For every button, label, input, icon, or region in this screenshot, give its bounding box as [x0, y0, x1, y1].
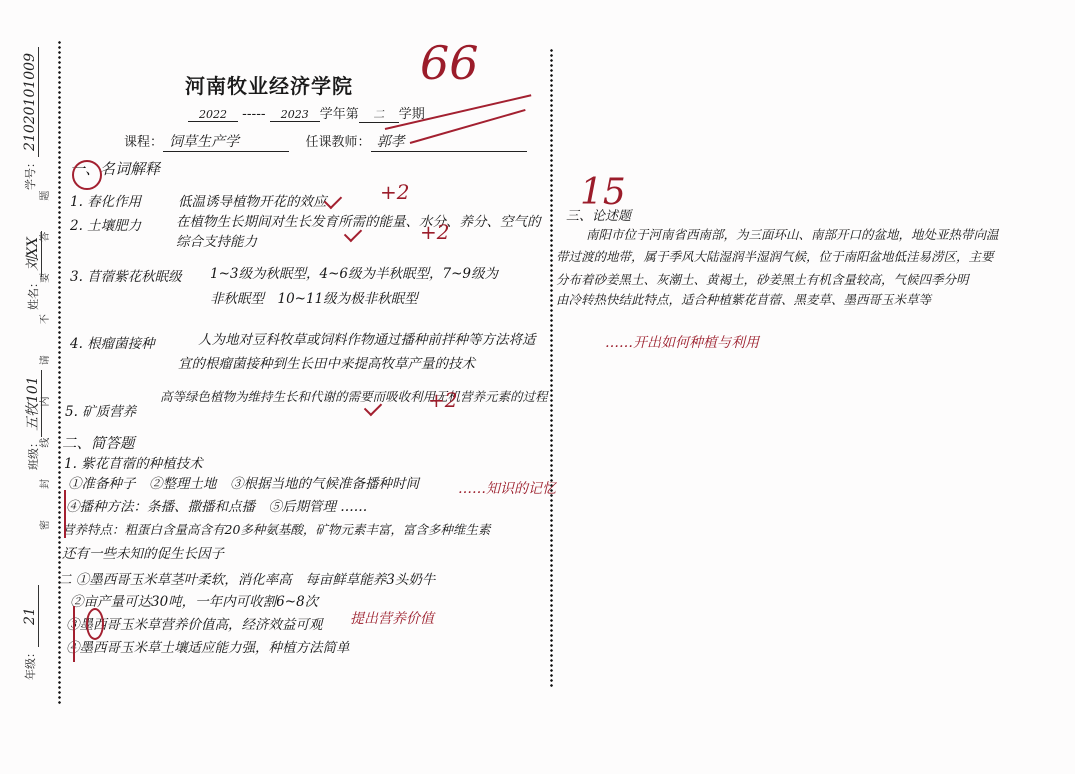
- s1-answer-4a: 人为地对豆科牧草或饲料作物通过播种前拌种等方法将适: [198, 328, 536, 348]
- s1-term-3: 3. 苜蓿紫花秋眠级: [70, 265, 182, 285]
- s2-q1-line: ①准备种子 ②整理土地 ③根据当地的气候准备播种时间: [68, 472, 419, 492]
- teacher-value: 郭孝: [371, 131, 527, 152]
- s2-q1-line: 营养特点：粗蛋白含量高含有20多种氨基酸，矿物元素丰富，富含多种维生素: [62, 520, 490, 538]
- year-end: 2023: [270, 108, 320, 122]
- academic-term: 2022 ----- 2023学年第二学期: [188, 103, 425, 123]
- score-mark: +2: [380, 180, 409, 204]
- grade-value: 21: [22, 585, 39, 647]
- grader-comment-q3: ……开出如何种植与利用: [605, 332, 759, 352]
- s1-answer-4b: 宜的根瘤菌接种到生长田中来提高牧草产量的技术: [178, 352, 475, 372]
- student-id-field: 学号：21020101009: [22, 47, 38, 190]
- section1-circle-mark: [72, 160, 102, 190]
- course-label: 课程：: [124, 135, 163, 150]
- grader-comment-q1: ……知识的记忆: [458, 478, 556, 498]
- section2-title: 二、简答题: [62, 432, 135, 453]
- s1-term-5: 5. 矿质营养: [65, 400, 136, 420]
- circle-mark: [86, 608, 104, 640]
- margin-bracket-mark: [64, 490, 66, 538]
- s1-answer-3a: 1~3级为秋眠型，4~6级为半秋眠型，7~9级为: [210, 262, 498, 282]
- s2-q2-line: ②亩产量可达30吨，一年内可收割6~8次: [70, 590, 318, 610]
- page-divider-dotted: [550, 48, 553, 688]
- student-id-value: 21020101009: [22, 47, 39, 157]
- s1-answer-2b: 综合支持能力: [176, 230, 257, 250]
- s3-line: 由冷转热快结此特点，适合种植紫花苜蓿、黑麦草、墨西哥玉米草等: [556, 290, 931, 308]
- grade-label: 年级：: [24, 647, 37, 680]
- year-start: 2022: [188, 108, 238, 122]
- year-suffix: 学年第: [320, 107, 359, 122]
- s3-line: 南阳市位于河南省西南部，为三面环山、南部开口的盆地，地处亚热带向温: [586, 225, 999, 243]
- teacher-label: 任课教师：: [306, 135, 371, 150]
- section3-title: 三、论述题: [566, 205, 631, 224]
- semester-value: 二: [359, 106, 399, 123]
- s2-q2-line: ③墨西哥玉米草营养价值高，经济效益可观: [66, 613, 323, 633]
- s1-term-1: 1. 春化作用: [70, 190, 141, 210]
- total-score: 66: [420, 36, 479, 90]
- score-mark: +2: [420, 220, 449, 244]
- seal-line-dotted: [58, 40, 61, 705]
- s2-q2-line: 二 ①墨西哥玉米草茎叶柔软，消化率高 每亩鲜草能养3头奶牛: [58, 568, 435, 588]
- course-value: 饲草生产学: [163, 131, 289, 152]
- s1-term-4: 4. 根瘤菌接种: [70, 332, 155, 352]
- binding-margin: 学号：21020101009 姓名：刘XX 班级：五牧101 年级：21 密 封…: [0, 40, 52, 740]
- year-separator: -----: [242, 107, 265, 122]
- grader-comment-q2: 提出营养价值: [350, 608, 434, 628]
- s2-q1-line: 还有一些未知的促生长因子: [62, 542, 224, 562]
- grade-field: 年级：21: [22, 585, 38, 680]
- school-name: 河南牧业经济学院: [185, 70, 353, 99]
- exam-answer-sheet: 学号：21020101009 姓名：刘XX 班级：五牧101 年级：21 密 封…: [0, 0, 1075, 774]
- seal-line-warning: 密 封 线 内 请 不 要 答 题: [36, 177, 51, 530]
- s1-answer-5: 高等绿色植物为维持生长和代谢的需要而吸收利用无机营养元素的过程: [160, 387, 548, 405]
- course-info: 课程：饲草生产学 任课教师：郭孝: [124, 131, 527, 152]
- s2-q2-line: ④墨西哥玉米草土壤适应能力强，种植方法简单: [66, 636, 350, 656]
- score-mark: +2: [428, 388, 457, 412]
- s1-term-2: 2. 土壤肥力: [70, 214, 141, 234]
- s1-answer-3b: 非秋眠型 10~11级为极非秋眠型: [210, 287, 418, 307]
- s2-q1-line: ④播种方法：条播、撒播和点播 ⑤后期管理 ……: [66, 495, 367, 515]
- s1-answer-1: 低温诱导植物开花的效应: [178, 190, 327, 210]
- s3-line: 分布着砂姜黑土、灰潮土、黄褐土，砂姜黑土有机含量较高，气候四季分明: [556, 270, 969, 288]
- margin-bracket-mark: [73, 606, 75, 662]
- s2-q1-title: 1. 紫花苜蓿的种植技术: [64, 452, 203, 472]
- s3-line: 带过渡的地带，属于季风大陆湿润半湿润气候，位于南阳盆地低洼易涝区，主要: [556, 247, 994, 265]
